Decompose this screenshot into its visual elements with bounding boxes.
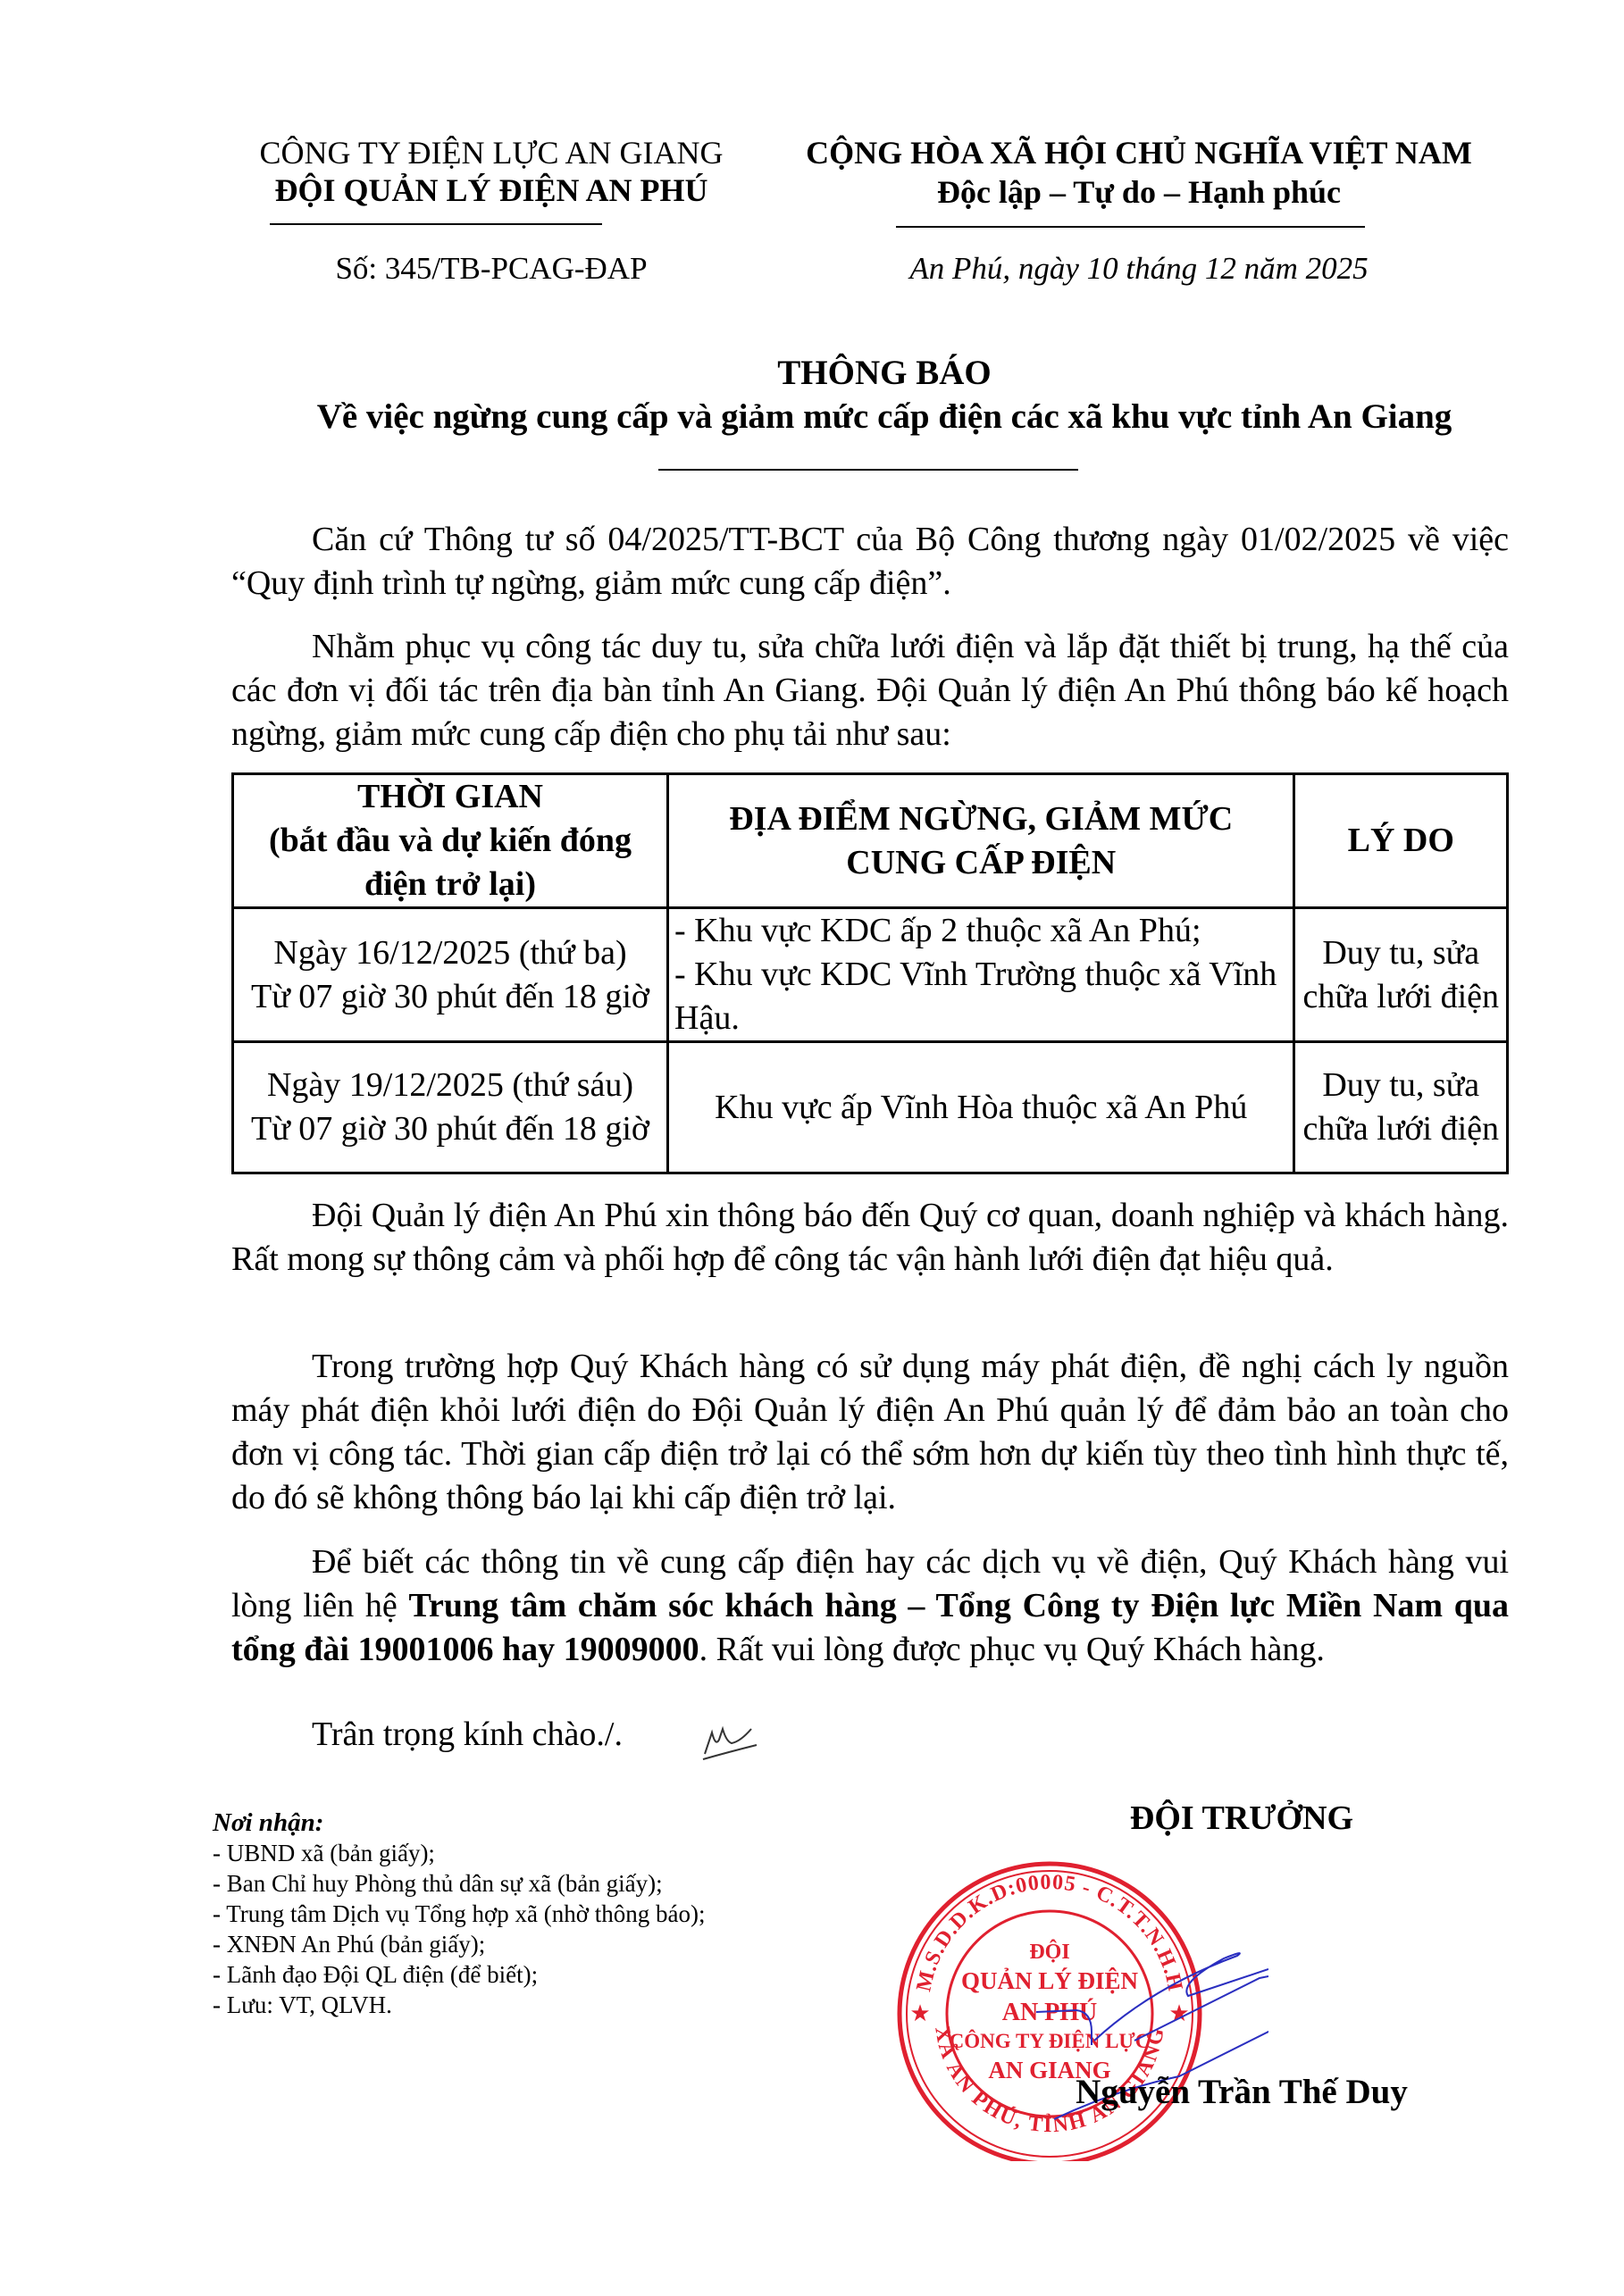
paragraph-generator-warning: Trong trường hợp Quý Khách hàng có sử dụ… [231, 1345, 1509, 1520]
org-parent: CÔNG TY ĐIỆN LỰC AN GIANG [214, 134, 768, 171]
recipient-item: - Lãnh đạo Đội QL điện (để biết); [213, 1959, 706, 1990]
doc-number: Số: 345/TB-PCAG-ĐAP [214, 250, 768, 288]
paragraph-contact: Để biết các thông tin về cung cấp điện h… [231, 1540, 1509, 1672]
col-header-reason: LÝ DO [1294, 774, 1508, 908]
signer-name: Nguyễn Trần Thế Duy [1009, 2072, 1474, 2112]
recipient-item: - Trung tâm Dịch vụ Tổng hợp xã (nhờ thô… [213, 1899, 706, 1929]
cell-date: Ngày 19/12/2025 (thứ sáu) [239, 1064, 661, 1107]
title-divider [658, 469, 1078, 471]
cell-location: - Khu vực KDC ấp 2 thuộc xã An Phú; - Kh… [668, 908, 1294, 1042]
recipients-label: Nơi nhận: [213, 1808, 706, 1838]
nation-title: CỘNG HÒA XÃ HỘI CHỦ NGHĨA VIỆT NAM [755, 134, 1523, 171]
table-row: Ngày 19/12/2025 (thứ sáu) Từ 07 giờ 30 p… [233, 1042, 1508, 1173]
place-date: An Phú, ngày 10 tháng 12 năm 2025 [755, 250, 1523, 288]
recipient-item: - Lưu: VT, QLVH. [213, 1990, 706, 2020]
initial-mark-icon [701, 1722, 773, 1761]
motto-underline [896, 226, 1365, 228]
recipient-item: - XNĐN An Phú (bản giấy); [213, 1929, 706, 1959]
doc-subject: Về việc ngừng cung cấp và giảm mức cấp đ… [214, 395, 1554, 439]
contact-outro: . Rất vui lòng được phục vụ Quý Khách hà… [699, 1631, 1325, 1668]
col-header-time-title: THỜI GIAN [239, 775, 661, 819]
cell-reason: Duy tu, sửa chữa lưới điện [1294, 908, 1508, 1042]
doc-title: THÔNG BÁO [214, 351, 1554, 396]
col-header-location: ĐỊA ĐIỂM NGỪNG, GIẢM MỨC CUNG CẤP ĐIỆN [668, 774, 1294, 908]
cell-hours: Từ 07 giờ 30 phút đến 18 giờ [239, 1107, 661, 1151]
location-line: Khu vực ấp Vĩnh Hòa thuộc xã An Phú [674, 1086, 1287, 1130]
closing-line: Trân trọng kính chào./. [231, 1713, 1509, 1757]
recipients-block: Nơi nhận: - UBND xã (bản giấy); - Ban Ch… [213, 1808, 706, 2020]
signer-title: ĐỘI TRƯỞNG [1054, 1799, 1429, 1838]
motto: Độc lập – Tự do – Hạnh phúc [755, 173, 1523, 211]
cell-date: Ngày 16/12/2025 (thứ ba) [239, 931, 661, 975]
stamp-line: ĐỘI [1029, 1941, 1069, 1964]
cell-time: Ngày 19/12/2025 (thứ sáu) Từ 07 giờ 30 p… [233, 1042, 668, 1173]
svg-text:★: ★ [909, 2000, 930, 2026]
table-row: Ngày 16/12/2025 (thứ ba) Từ 07 giờ 30 ph… [233, 908, 1508, 1042]
cell-location: Khu vực ấp Vĩnh Hòa thuộc xã An Phú [668, 1042, 1294, 1173]
official-stamp-icon: M.S.D.D.K.D:00005 - C.T.T.N.H.H XÃ AN PH… [884, 1840, 1268, 2161]
cell-time: Ngày 16/12/2025 (thứ ba) Từ 07 giờ 30 ph… [233, 908, 668, 1042]
recipient-item: - UBND xã (bản giấy); [213, 1838, 706, 1868]
paragraph-legal-basis: Căn cứ Thông tư số 04/2025/TT-BCT của Bộ… [231, 518, 1509, 605]
table-header-row: THỜI GIAN (bắt đầu và dự kiến đóng điện … [233, 774, 1508, 908]
org-unit: ĐỘI QUẢN LÝ ĐIỆN AN PHÚ [214, 171, 768, 209]
col-header-time: THỜI GIAN (bắt đầu và dự kiến đóng điện … [233, 774, 668, 908]
stamp-line: QUẢN LÝ ĐIỆN [961, 1967, 1139, 1994]
recipient-item: - Ban Chỉ huy Phòng thủ dân sự xã (bản g… [213, 1868, 706, 1899]
col-header-time-subtitle: (bắt đầu và dự kiến đóng điện trở lại) [239, 819, 661, 906]
paragraph-purpose: Nhằm phục vụ công tác duy tu, sửa chữa l… [231, 625, 1509, 756]
cell-reason: Duy tu, sửa chữa lưới điện [1294, 1042, 1508, 1173]
cell-hours: Từ 07 giờ 30 phút đến 18 giờ [239, 975, 661, 1019]
outage-schedule-table: THỜI GIAN (bắt đầu và dự kiến đóng điện … [231, 772, 1509, 1174]
org-unit-underline [270, 223, 602, 225]
location-line: - Khu vực KDC ấp 2 thuộc xã An Phú; [674, 909, 1287, 953]
paragraph-apology: Đội Quản lý điện An Phú xin thông báo đế… [231, 1194, 1509, 1282]
location-line: - Khu vực KDC Vĩnh Trường thuộc xã Vĩnh … [674, 953, 1287, 1040]
stamp-line: CÔNG TY ĐIỆN LỰC [950, 2029, 1151, 2052]
